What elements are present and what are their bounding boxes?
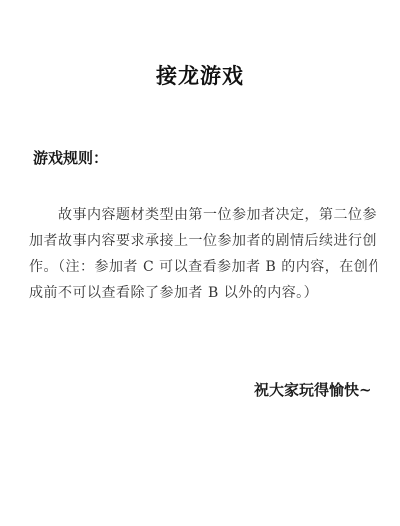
rules-line-4: 成前不可以查看除了参加者 B 以外的内容。） (29, 280, 377, 306)
rules-line-3: 作。（注：参加者 C 可以查看参加者 B 的内容，在创作完 (29, 254, 377, 280)
document-title: 接龙游戏 (0, 63, 400, 89)
rules-heading: 游戏规则： (33, 148, 108, 168)
rules-line-1: 故事内容题材类型由第一位参加者决定，第二位参 (29, 202, 377, 228)
document-page: 接龙游戏 游戏规则： 故事内容题材类型由第一位参加者决定，第二位参 加者故事内容… (0, 0, 400, 526)
rules-line-2: 加者故事内容要求承接上一位参加者的剧情后续进行创 (29, 228, 377, 254)
signoff-text: 祝大家玩得愉快~ (254, 380, 372, 400)
rules-paragraph: 故事内容题材类型由第一位参加者决定，第二位参 加者故事内容要求承接上一位参加者的… (29, 202, 377, 306)
